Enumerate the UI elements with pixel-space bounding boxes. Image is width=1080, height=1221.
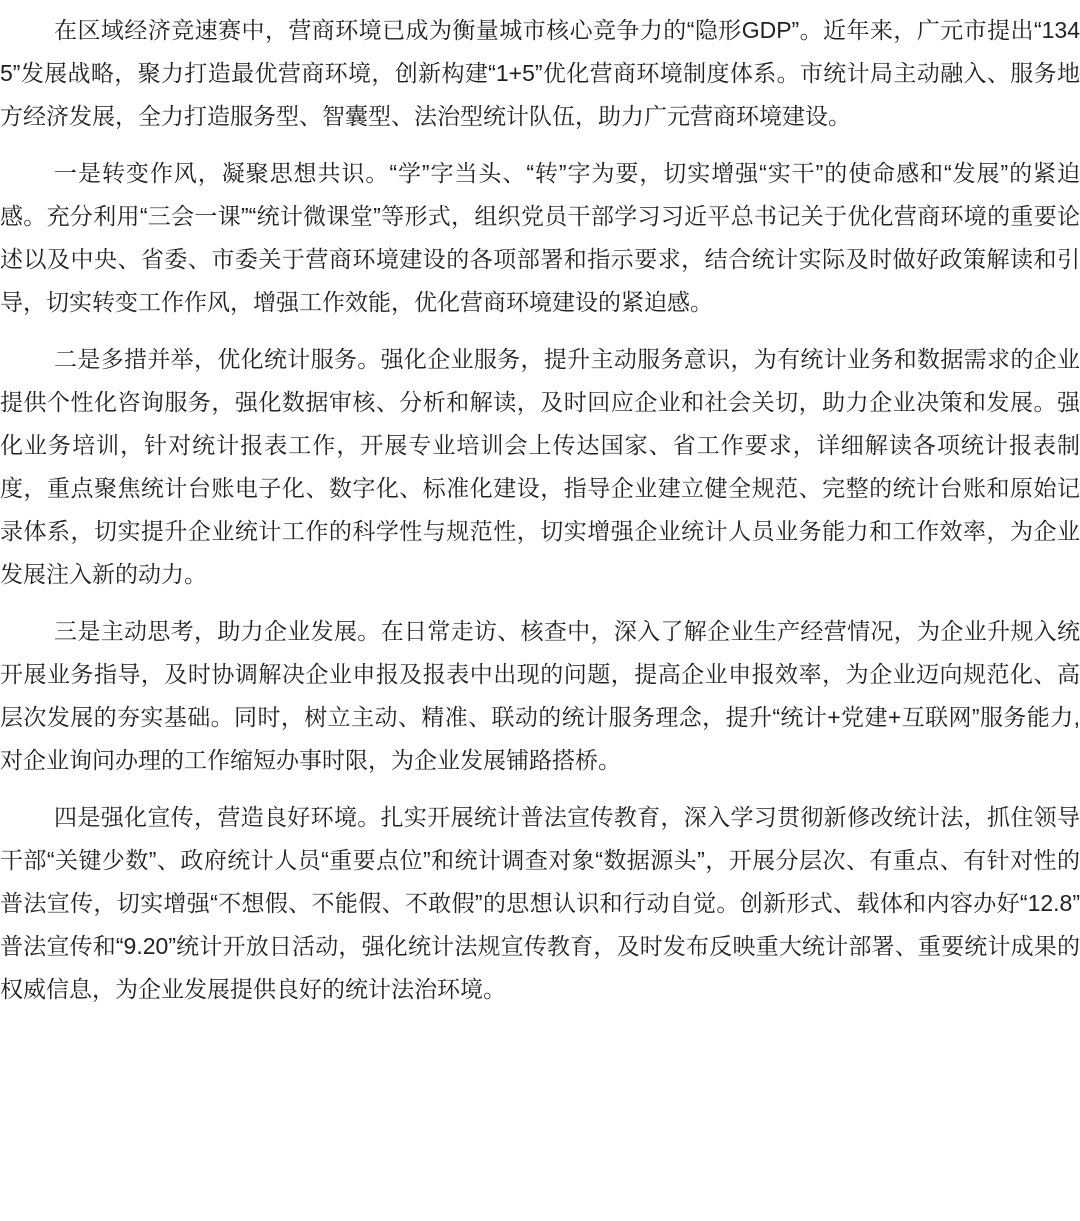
document-page: 在区域经济竞速赛中，营商环境已成为衡量城市核心竞争力的“隐形GDP”。近年来，广…: [0, 0, 1080, 1221]
paragraph-point-3: 三是主动思考，助力企业发展。在日常走访、核查中，深入了解企业生产经营情况，为企业…: [0, 610, 1080, 782]
paragraph-point-4: 四是强化宣传，营造良好环境。扎实开展统计普法宣传教育，深入学习贯彻新修改统计法，…: [0, 796, 1080, 1011]
paragraph-point-1: 一是转变作风，凝聚思想共识。“学”字当头、“转”字为要，切实增强“实干”的使命感…: [0, 152, 1080, 324]
paragraph-intro: 在区域经济竞速赛中，营商环境已成为衡量城市核心竞争力的“隐形GDP”。近年来，广…: [0, 9, 1080, 138]
document-body: 在区域经济竞速赛中，营商环境已成为衡量城市核心竞争力的“隐形GDP”。近年来，广…: [0, 9, 1080, 1011]
paragraph-point-2: 二是多措并举，优化统计服务。强化企业服务，提升主动服务意识，为有统计业务和数据需…: [0, 338, 1080, 596]
